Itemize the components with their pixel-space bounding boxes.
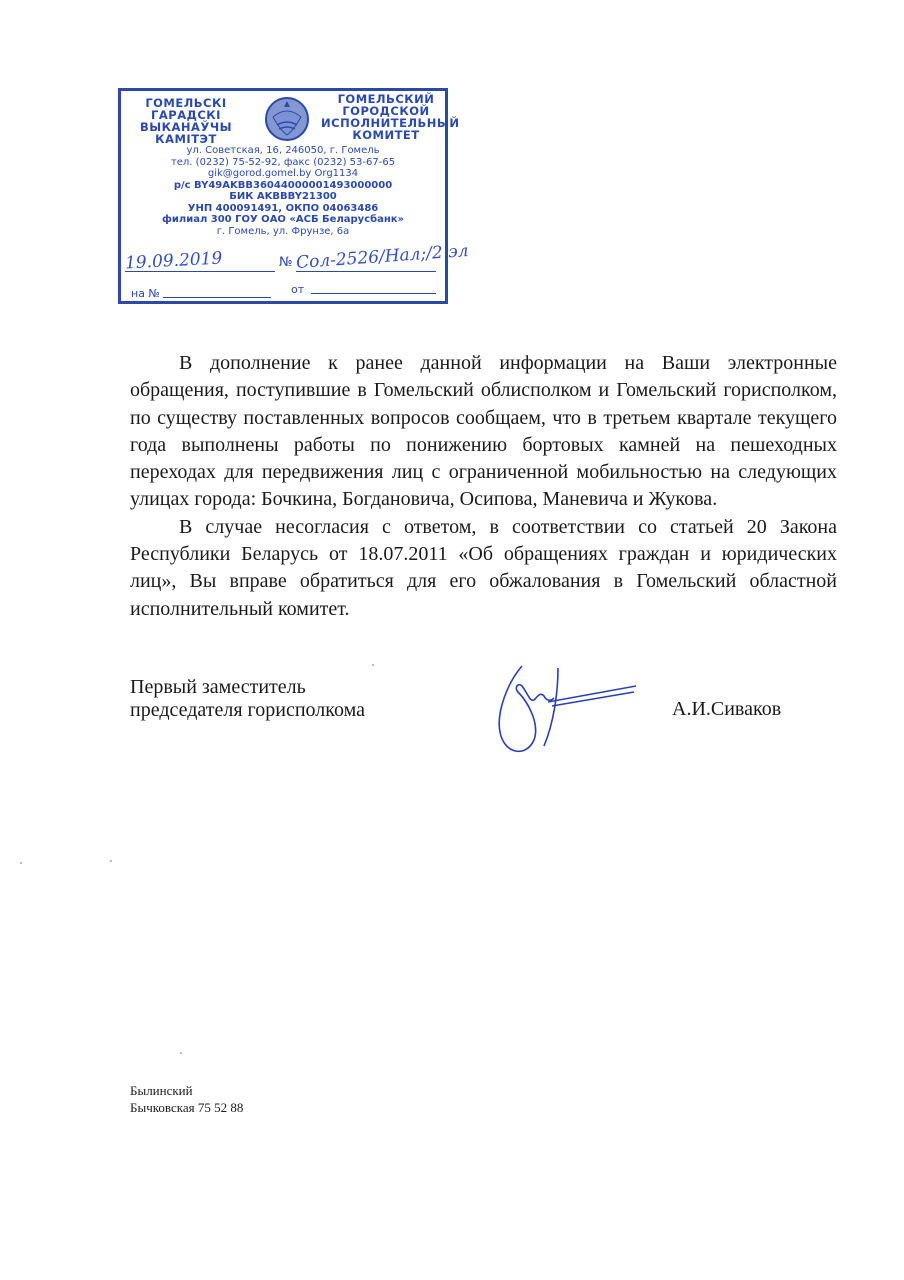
- stamp-registration-number-handwritten: Сол-2526/Нал;/2 эл: [296, 241, 470, 273]
- scan-speck: [372, 664, 374, 666]
- stamp-from-underline: [311, 293, 436, 294]
- executor-info: Былинский Бычковская 75 52 88: [130, 1082, 243, 1116]
- stamp-email: gik@gorod.gomel.by Org1134: [121, 168, 445, 180]
- stamp-reply-to-label: на №: [131, 287, 160, 300]
- letter-body: В дополнение к ранее данной информации н…: [130, 350, 837, 623]
- stamp-bic: БИК AKBBBY21300: [121, 191, 445, 203]
- stamp-number-underline: [296, 271, 436, 272]
- stamp-date-handwritten: 19.09.2019: [125, 248, 223, 273]
- paragraph-appeal-rights: В случае несогласия с ответом, в соответ…: [130, 514, 837, 623]
- stamp-number-label: №: [279, 255, 293, 270]
- registration-stamp: ГОМЕЛЬСКІ ГАРАДСКІ ВЫКАНАЎЧЫ КАМІТЭТ ГОМ…: [118, 88, 448, 304]
- scan-speck: [110, 860, 112, 862]
- stamp-details: ул. Советская, 16, 246050, г. Гомель тел…: [121, 145, 445, 237]
- position-line-2: председателя горисполкома: [130, 699, 365, 722]
- scan-speck: [180, 1052, 182, 1054]
- position-line-1: Первый заместитель: [130, 676, 365, 699]
- stamp-from-label: от: [291, 283, 304, 296]
- executor-name: Былинский: [130, 1082, 243, 1099]
- stamp-bank-account: р/с BY49AKBB36044000001493000000: [121, 180, 445, 192]
- signatory-name: А.И.Сиваков: [672, 698, 781, 721]
- stamp-phone: тел. (0232) 75-52-92, факс (0232) 53-67-…: [121, 157, 445, 169]
- stamp-reply-to-underline: [163, 297, 271, 298]
- stamp-org-name-russian: ГОМЕЛЬСКИЙ ГОРОДСКОЙ ИСПОЛНИТЕЛЬНЫЙ КОМИ…: [321, 93, 451, 141]
- stamp-address: ул. Советская, 16, 246050, г. Гомель: [121, 145, 445, 157]
- stamp-date-underline: [125, 271, 275, 272]
- stamp-bank-branch: филиал 300 ГОУ ОАО «АСБ Беларусбанк»: [121, 214, 445, 226]
- executor-phone: Бычковская 75 52 88: [130, 1099, 243, 1116]
- stamp-right-line: КОМИТЕТ: [321, 129, 451, 141]
- stamp-bank-address: г. Гомель, ул. Фрунзе, 6а: [121, 226, 445, 238]
- scan-speck: [20, 862, 22, 864]
- paragraph-main: В дополнение к ранее данной информации н…: [130, 350, 837, 514]
- handwritten-signature-icon: [488, 662, 648, 762]
- signatory-position: Первый заместитель председателя гориспол…: [130, 676, 365, 722]
- stamp-unp-okpo: УНП 400091491, ОКПО 04063486: [121, 203, 445, 215]
- stamp-left-line: КАМІТЭТ: [131, 133, 241, 145]
- stamp-org-name-belarusian: ГОМЕЛЬСКІ ГАРАДСКІ ВЫКАНАЎЧЫ КАМІТЭТ: [131, 97, 241, 145]
- belarus-coat-of-arms-icon: [263, 95, 311, 143]
